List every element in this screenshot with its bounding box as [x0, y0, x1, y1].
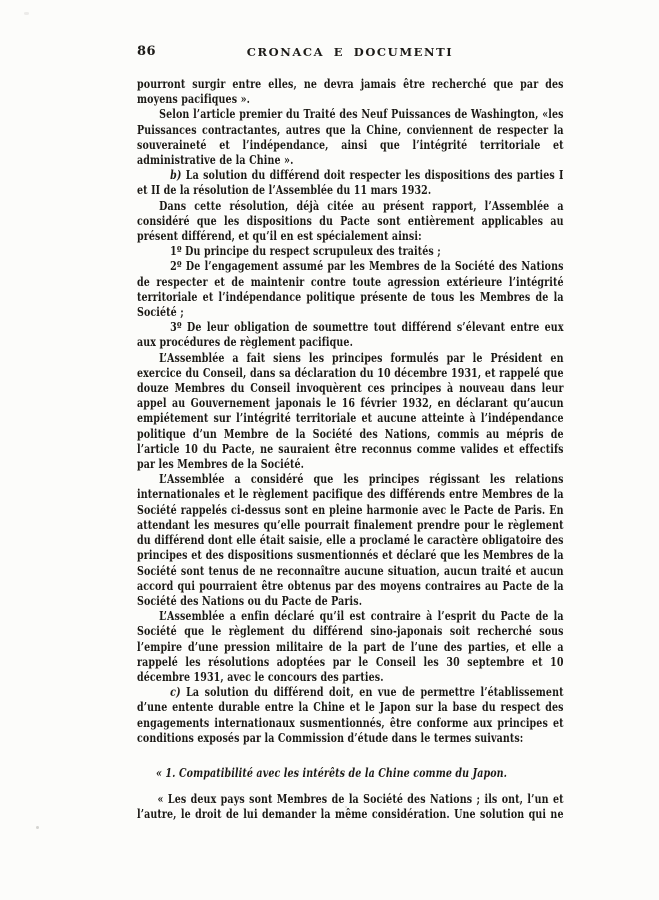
paragraph: Dans cette résolution, déjà citée au pré… — [137, 199, 564, 245]
paragraph: L’Assemblée a enfin déclaré qu’il est co… — [137, 609, 564, 685]
paragraph-text: 1º Du principe du respect scrupuleux des… — [170, 244, 441, 258]
paragraph: pourront surgir entre elles, ne devra ja… — [137, 77, 564, 107]
paragraph: L’Assemblée a considéré que les principe… — [137, 472, 564, 609]
scan-artifact — [24, 12, 29, 15]
paragraph: 3º De leur obligation de soumettre tout … — [137, 320, 564, 350]
scan-artifact — [36, 826, 39, 829]
paragraph: b) La solution du différend doit respect… — [137, 168, 564, 198]
page-text-block: pourront surgir entre elles, ne devra ja… — [137, 77, 564, 823]
paragraph-text: 2º De l’engagement assumé par les Membre… — [137, 259, 564, 319]
paragraph-text: L’Assemblée a fait siens les principes f… — [137, 351, 564, 471]
paragraph-text: Selon l’article premier du Traité des Ne… — [137, 107, 564, 167]
scan-artifact — [506, 446, 508, 448]
paragraph-text: L’Assemblée a enfin déclaré qu’il est co… — [137, 609, 564, 684]
paragraph-lead: c) — [170, 685, 181, 699]
paragraph-text: La solution du différend doit respecter … — [137, 168, 564, 197]
paragraph-text: « Les deux pays sont Membres de la Socié… — [137, 792, 564, 821]
document-page: 86 CRONACA E DOCUMENTI pourront surgir e… — [0, 0, 659, 900]
paragraph: Selon l’article premier du Traité des Ne… — [137, 107, 564, 168]
page-header: 86 CRONACA E DOCUMENTI — [137, 44, 563, 60]
running-title: CRONACA E DOCUMENTI — [137, 45, 563, 59]
paragraph-lead: b) — [170, 168, 181, 182]
body-text: pourront surgir entre elles, ne devra ja… — [137, 77, 564, 823]
scan-artifact — [345, 806, 347, 808]
paragraph-text: La solution du différend doit, en vue de… — [137, 685, 564, 745]
paragraph: c) La solution du différend doit, en vue… — [137, 685, 564, 746]
paragraph-text: « 1. Compatibilité avec les intérêts de … — [156, 766, 507, 780]
paragraph-text: 3º De leur obligation de soumettre tout … — [137, 320, 564, 349]
paragraph-text: Dans cette résolution, déjà citée au pré… — [137, 199, 564, 243]
paragraph: « Les deux pays sont Membres de la Socié… — [137, 792, 564, 822]
paragraph-text: L’Assemblée a considéré que les principe… — [137, 472, 564, 608]
paragraph: 1º Du principe du respect scrupuleux des… — [137, 244, 564, 259]
paragraph: L’Assemblée a fait siens les principes f… — [137, 351, 564, 473]
paragraph: 2º De l’engagement assumé par les Membre… — [137, 259, 564, 320]
paragraph-text: pourront surgir entre elles, ne devra ja… — [137, 77, 564, 106]
paragraph: « 1. Compatibilité avec les intérêts de … — [137, 766, 564, 781]
